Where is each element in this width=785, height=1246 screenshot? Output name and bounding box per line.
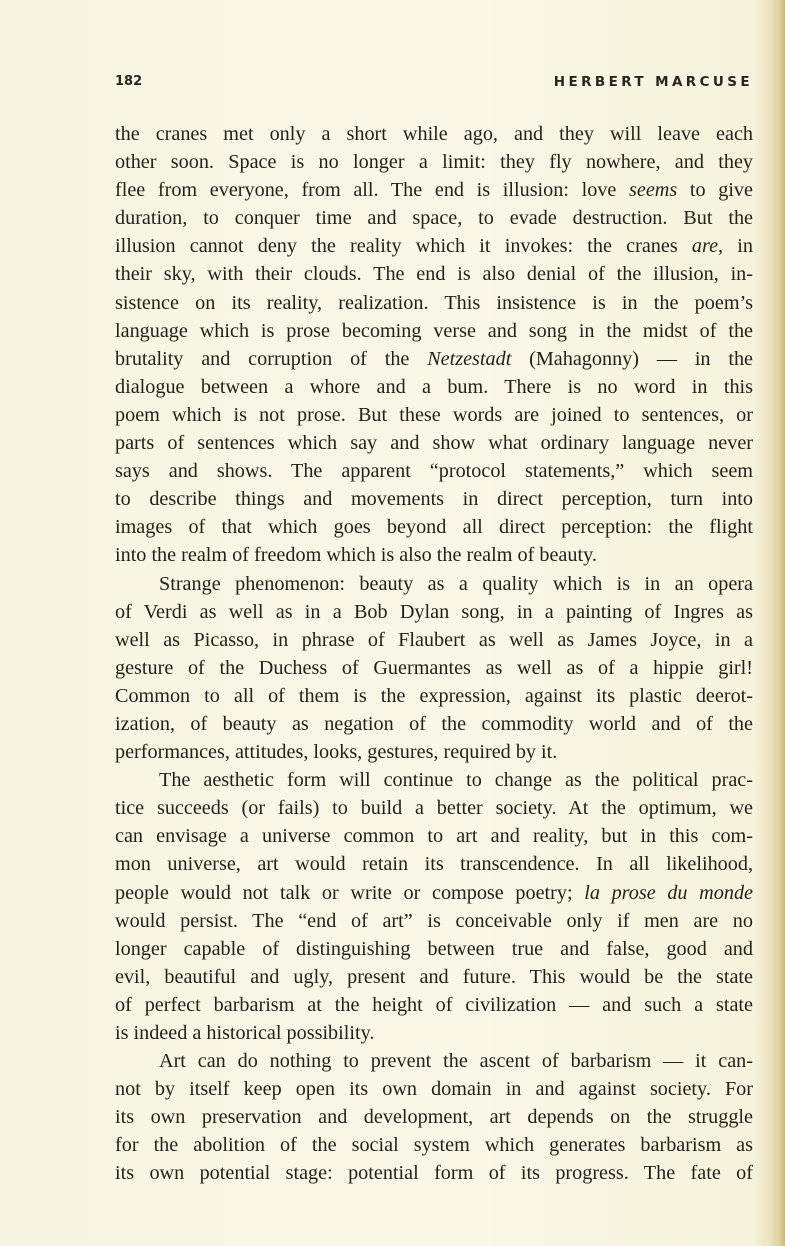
page-spine-shadow xyxy=(771,0,785,1246)
italic-text: seems xyxy=(629,179,677,201)
text-line: language which is prose becoming verse a… xyxy=(115,317,753,345)
text-line: gesture of the Duchess of Guermantes as … xyxy=(115,654,753,682)
text-line: into the realm of freedom which is also … xyxy=(115,541,753,569)
text-line: not by itself keep open its own domain i… xyxy=(115,1075,753,1103)
text-line: the cranes met only a short while ago, a… xyxy=(115,120,753,148)
page-header: 182 HERBERT MARCUSE xyxy=(115,74,753,96)
text-line: performances, attitudes, looks, gestures… xyxy=(115,738,753,766)
text-line: mon universe, art would retain its trans… xyxy=(115,850,753,878)
text-line: to describe things and movements in dire… xyxy=(115,485,753,513)
paragraph: the cranes met only a short while ago, a… xyxy=(115,120,753,570)
page-number: 182 xyxy=(115,74,142,89)
text-line: would persist. The “end of art” is conce… xyxy=(115,907,753,935)
text-line: is indeed a historical possibility. xyxy=(115,1019,753,1047)
text-line: dialogue between a whore and a bum. Ther… xyxy=(115,373,753,401)
text-line: ization, of beauty as negation of the co… xyxy=(115,710,753,738)
running-head: HERBERT MARCUSE xyxy=(554,74,753,90)
text-line: well as Picasso, in phrase of Flaubert a… xyxy=(115,626,753,654)
italic-text: Netzestadt xyxy=(427,348,511,370)
book-page: 182 HERBERT MARCUSE the cranes met only … xyxy=(0,0,785,1246)
text-line: of Verdi as well as in a Bob Dylan song,… xyxy=(115,598,753,626)
body-text: the cranes met only a short while ago, a… xyxy=(115,120,753,1188)
text-line: tice succeeds (or fails) to build a bett… xyxy=(115,794,753,822)
text-line: evil, beautiful and ugly, present and fu… xyxy=(115,963,753,991)
text-line: flee from everyone, from all. The end is… xyxy=(115,176,753,204)
paragraph: Strange phenomenon: beauty as a quality … xyxy=(115,570,753,767)
text-line: Common to all of them is the expression,… xyxy=(115,682,753,710)
italic-text: la prose du monde xyxy=(584,882,753,904)
text-line: Strange phenomenon: beauty as a quality … xyxy=(115,570,753,598)
italic-text: are, xyxy=(692,235,723,257)
text-line: its own potential stage: potential form … xyxy=(115,1159,753,1187)
text-line: The aesthetic form will continue to chan… xyxy=(115,766,753,794)
text-line: sistence on its reality, realization. Th… xyxy=(115,289,753,317)
text-line: poem which is not prose. But these words… xyxy=(115,401,753,429)
text-line: its own preservation and development, ar… xyxy=(115,1103,753,1131)
text-line: of perfect barbarism at the height of ci… xyxy=(115,991,753,1019)
text-line: can envisage a universe common to art an… xyxy=(115,822,753,850)
text-line: their sky, with their clouds. The end is… xyxy=(115,260,753,288)
paragraph: The aesthetic form will continue to chan… xyxy=(115,766,753,1047)
text-line: for the abolition of the social system w… xyxy=(115,1131,753,1159)
text-line: other soon. Space is no longer a limit: … xyxy=(115,148,753,176)
text-line: Art can do nothing to prevent the ascent… xyxy=(115,1047,753,1075)
text-line: images of that which goes beyond all dir… xyxy=(115,513,753,541)
text-line: says and shows. The apparent “protocol s… xyxy=(115,457,753,485)
text-line: people would not talk or write or compos… xyxy=(115,879,753,907)
text-line: parts of sentences which say and show wh… xyxy=(115,429,753,457)
paragraph: Art can do nothing to prevent the ascent… xyxy=(115,1047,753,1187)
text-line: duration, to conquer time and space, to … xyxy=(115,204,753,232)
text-line: longer capable of distinguishing between… xyxy=(115,935,753,963)
text-line: brutality and corruption of the Netzesta… xyxy=(115,345,753,373)
text-line: illusion cannot deny the reality which i… xyxy=(115,232,753,260)
